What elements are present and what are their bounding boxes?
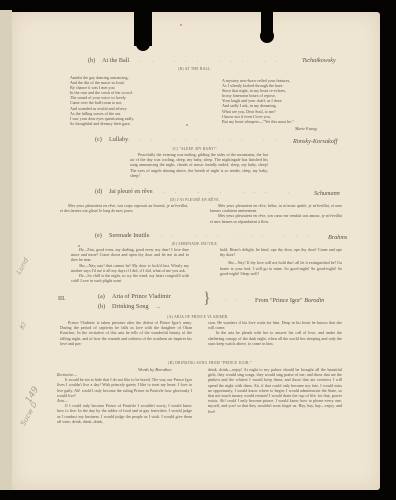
translation-heading: (b) DRINKING SONG FROM "PRINCE IGOR." bbox=[140, 361, 280, 365]
pencil-note: Lund bbox=[15, 257, 31, 276]
paragraph: Mes yeux pleuraient en rêve, hélas, tu m… bbox=[210, 203, 342, 213]
dialogue-line: She—Nay! If thy love will not hold thro'… bbox=[206, 260, 342, 276]
composer-name: Brahms bbox=[328, 234, 347, 241]
composer-row: Tschaikowsky bbox=[302, 57, 336, 64]
translation-heading: (c) "SLEEP, MY BABY!" bbox=[160, 147, 230, 151]
paragraph: It would be sin to hide that I do not li… bbox=[57, 377, 192, 398]
line-text: Nay, nay! that cannot be! My door is loc… bbox=[71, 263, 189, 273]
translation-heading: (d) J'AI PLEURÉ EN RÊVE. bbox=[160, 198, 230, 202]
item-title: At the Ball bbox=[102, 57, 129, 64]
paper-speck bbox=[78, 245, 80, 247]
leader-dots: ... ... ... ... bbox=[152, 190, 290, 195]
dialogue-line: He—So chill is the night, so icy the win… bbox=[57, 273, 189, 283]
paragraph: Prince Vladimir is taken prisoner after … bbox=[60, 320, 192, 346]
item-number: (b) bbox=[98, 303, 112, 310]
aria-synopsis-right: sion. He wonders if his love waits for h… bbox=[208, 320, 342, 346]
item-title: Drinking Song bbox=[112, 303, 149, 310]
composer-name: Rimsky-Korsakoff bbox=[293, 138, 337, 145]
paragraph: drink, drink—enjoy! At night to my palac… bbox=[208, 367, 342, 414]
translation-heading: (b) AT THE BALL. bbox=[160, 67, 230, 71]
program-item-jai-pleure: (d) Jai pleuré en rêve ... ... ... ... bbox=[95, 188, 290, 195]
translation-left: Mes yeux pleuraient en rêve, ton corps r… bbox=[60, 203, 188, 213]
item-title: Serenade Inutile bbox=[109, 232, 149, 239]
drinking-song-right: drink, drink—enjoy! At night to my palac… bbox=[208, 367, 342, 414]
page-content: (b) At the Ball ... ... ... ... ... ... … bbox=[0, 0, 396, 500]
composer-name: Schumann bbox=[314, 190, 340, 197]
program-item-aria: (a) Aria of Prince Vladimir bbox=[98, 293, 171, 300]
pencil-note: Kl bbox=[18, 321, 28, 331]
item-title: Jai pleuré en rêve bbox=[109, 188, 152, 195]
leader-dots: ... ... ... ... ... bbox=[149, 234, 325, 239]
verse-left: Amidst the gay dancing outrancing, And t… bbox=[70, 75, 134, 126]
line-text: So chill is the night, so icy the wind, … bbox=[71, 273, 189, 283]
composer-name: Tschaikowsky bbox=[302, 57, 336, 64]
composer-row: Brahms bbox=[328, 234, 347, 241]
paragraph: sion. He wonders if his love waits for h… bbox=[208, 320, 342, 330]
item-number: (b) bbox=[88, 57, 102, 64]
paragraph: Mes yeux pleuraient en rêve, ton cœur me… bbox=[210, 213, 342, 223]
composer-row: Rimsky-Korsakoff bbox=[293, 138, 337, 145]
verse-right: A mystery new-born veiled your features,… bbox=[222, 78, 294, 124]
part-number: III. bbox=[58, 295, 66, 302]
program-item-lullaby: (c) Lullaby ... ... ... ... ... bbox=[95, 136, 285, 143]
leader-dots: ... ... ... ... ... bbox=[128, 138, 285, 143]
paragraph: If I could only become Prince of Poutivl… bbox=[57, 403, 192, 424]
drinking-song-left: Recitative— It would be sin to hide that… bbox=[57, 372, 192, 424]
item-number: (e) bbox=[95, 232, 109, 239]
composer-name: Borodin bbox=[304, 297, 324, 304]
item-title: Aria of Prince Vladimir bbox=[112, 293, 171, 300]
leader-dots: ... ... ... ... ... ... bbox=[129, 59, 278, 64]
program-item-at-the-ball: (b) At the Ball ... ... ... ... ... ... bbox=[88, 57, 278, 64]
program-item-drinking-song: (b) Drinking Song ... bbox=[98, 303, 160, 310]
source-row: From "Prince Igor" Borodin bbox=[255, 297, 324, 304]
line-text: Fair, good even, my darling, good even, … bbox=[71, 247, 189, 262]
item-number: (d) bbox=[95, 188, 109, 195]
composer-row: Schumann bbox=[314, 190, 340, 197]
aria-synopsis-left: Prince Vladimir is taken prisoner after … bbox=[60, 320, 192, 346]
paragraph: Peacefully the evening was ending, gildi… bbox=[130, 152, 268, 178]
dialogue-right: hold. Heart's delight, be kind, ope thy … bbox=[206, 247, 342, 276]
dialogue-line: He—Fair, good even, my darling, good eve… bbox=[57, 247, 189, 263]
paper-speck bbox=[186, 124, 188, 126]
dialogue-line: She—Nay, nay! that cannot be! My door is… bbox=[57, 263, 189, 273]
translator-signature: Marie Ewing. bbox=[295, 126, 318, 131]
item-number: (c) bbox=[95, 136, 109, 143]
source-title: From "Prince Igor" bbox=[255, 297, 303, 304]
paragraph: Mes yeux pleuraient en rêve, ton corps r… bbox=[60, 203, 188, 213]
translation-heading: (e) SERENADE INUTILE. bbox=[160, 242, 230, 246]
translation-heading: (a) ARIA OF PRINCE VLADIMIR. bbox=[148, 315, 248, 319]
program-item-serenade: (e) Serenade Inutile ... ... ... ... ... bbox=[95, 232, 325, 239]
paper-speck bbox=[180, 24, 182, 26]
grouping-brace: } bbox=[203, 292, 211, 306]
line-text: Nay! If thy love will not hold thro' all… bbox=[220, 260, 342, 275]
translation-right: Mes yeux pleuraient en rêve, hélas, tu m… bbox=[210, 203, 342, 224]
item-number: (a) bbox=[98, 293, 112, 300]
dialogue-left: He—Fair, good even, my darling, good eve… bbox=[57, 247, 189, 283]
translation-text: Peacefully the evening was ending, gildi… bbox=[130, 152, 268, 178]
dialogue-line: hold. Heart's delight, be kind, ope thy … bbox=[206, 247, 342, 257]
paragraph: In the aria he pleads with her to answer… bbox=[208, 330, 342, 346]
line-text: hold. Heart's delight, be kind, ope thy … bbox=[220, 247, 342, 257]
pencil-note: Sucw D bbox=[19, 401, 39, 428]
item-title: Lullaby bbox=[109, 136, 128, 143]
leader-dots: ... bbox=[157, 305, 161, 310]
